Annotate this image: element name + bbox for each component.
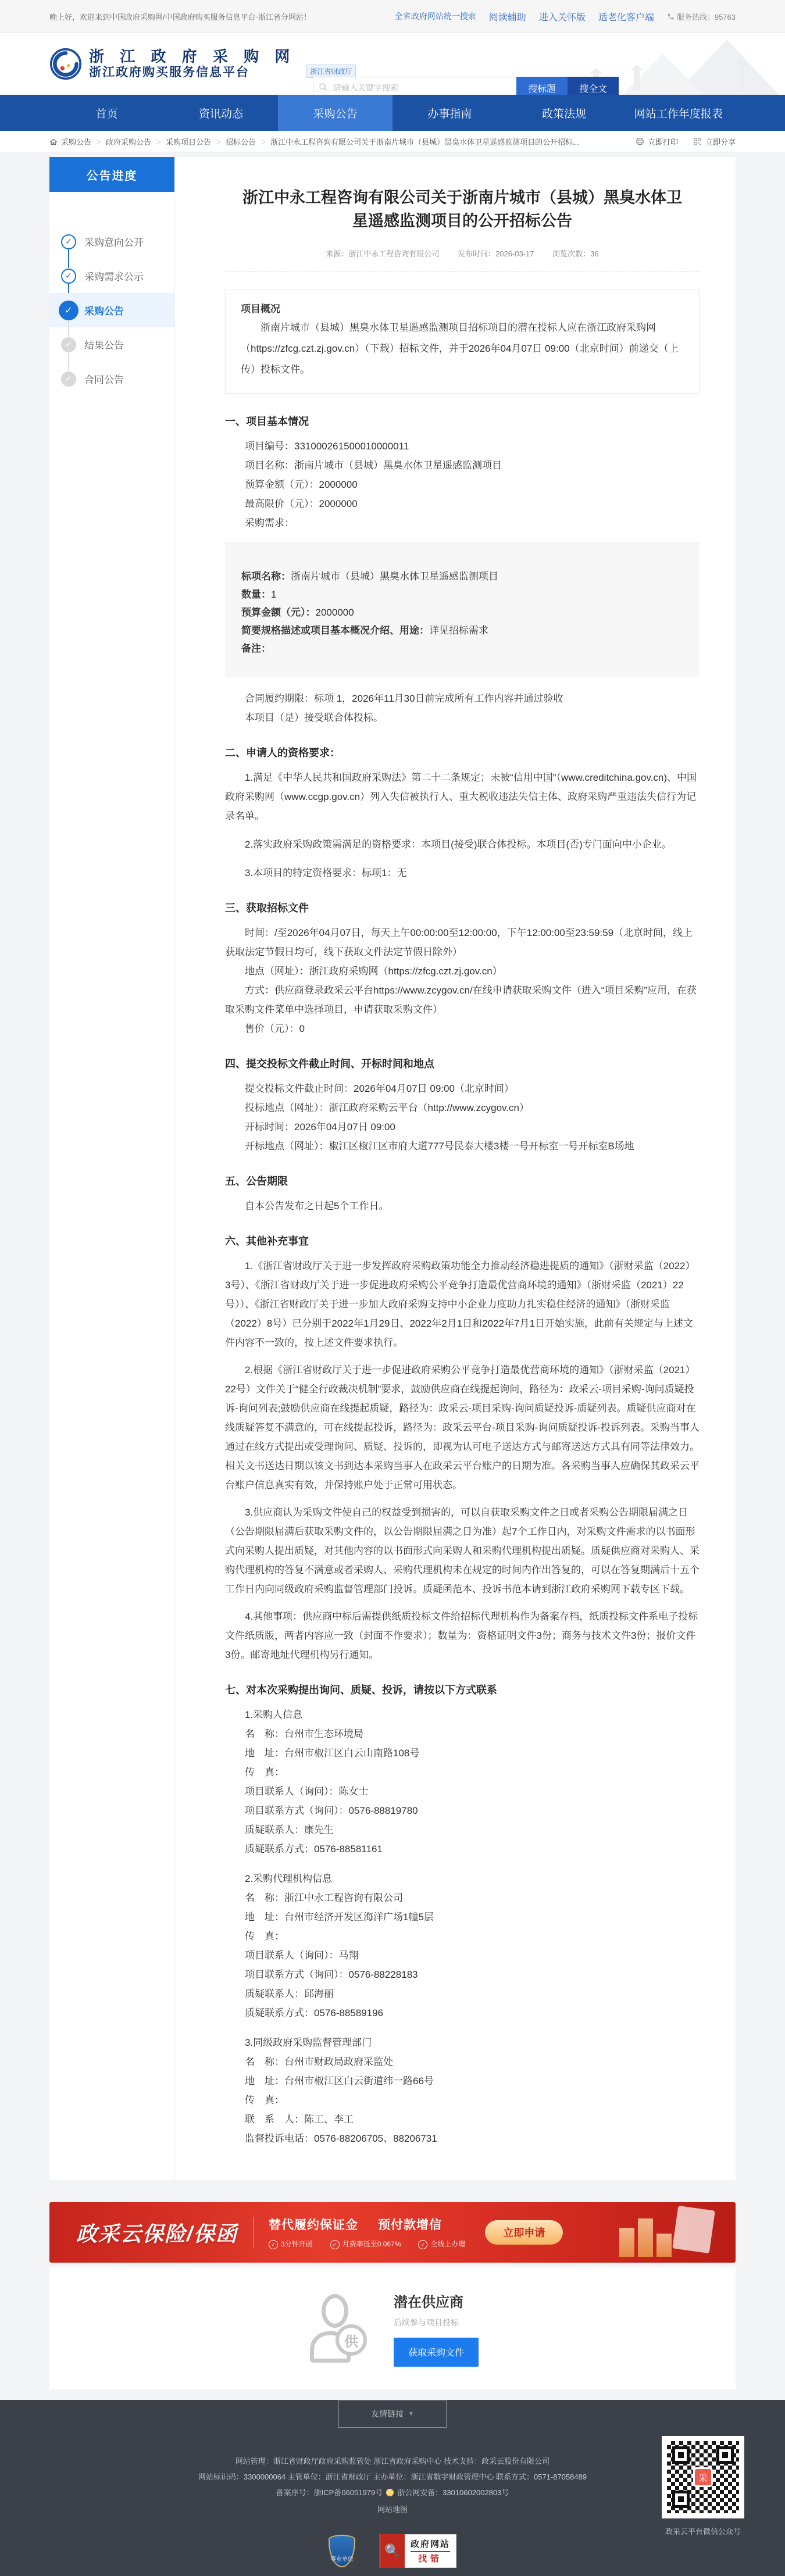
supplier-person-icon: 供: [306, 2294, 367, 2363]
body-line: 提交投标文件截止时间：2026年04月07日 09:00（北京时间）: [225, 1079, 700, 1098]
body-line: 2.根据《浙江省财政厅关于进一步促进政府采购公平竞争打造最优营商环境的通知》（浙…: [225, 1360, 700, 1495]
banner-feature-0: 3分钟开函: [269, 2239, 313, 2249]
body-line: 项目联系人（询问）：陈女士: [225, 1782, 700, 1801]
supplier-title: 潜在供应商: [394, 2291, 479, 2311]
bid-item-line: 标项名称：浙南片城市（县城）黑臭水体卫星遥感监测项目: [241, 567, 683, 585]
announcement-progress-sidebar: 公告进度 ✓采购意向公开✓采购需求公示✓采购公告✓结果公告✓合同公告: [49, 157, 175, 2180]
spacer: [225, 2023, 700, 2033]
body-line: 质疑联系人：康先生: [225, 1820, 700, 1839]
care-version-link[interactable]: 进入关怀版: [539, 10, 586, 23]
body-line: 方式：供应商登录政采云平台https://www.zcygov.cn/在线申请获…: [225, 981, 700, 1019]
article-source: 来源：浙江中永工程咨询有限公司: [326, 249, 439, 258]
section-heading: 五、公告期限: [225, 1173, 700, 1188]
body-line: 最高限价（元）：2000000: [225, 494, 700, 513]
section-heading: 一、项目基本情况: [225, 413, 700, 428]
qr-caption: 政采云平台微信公众号: [661, 2525, 745, 2536]
divider: [225, 271, 700, 272]
article-views: 浏览次数：36: [552, 249, 598, 258]
magnifier-icon: 🔍: [380, 2534, 405, 2568]
body-line: 合同履约期限：标项 1，2026年11月30日前完成所有工作内容并通过验收: [225, 689, 700, 708]
site-name: 浙 江 政 府 采 购 网: [89, 48, 295, 65]
banner-illustration: [608, 2208, 718, 2257]
site-header: 浙 江 政 府 采 购 网 浙江政府购买服务信息平台 浙江省财政厅 搜标题 搜全…: [0, 33, 785, 95]
body-line: 本项目（是）接受联合体投标。: [225, 708, 700, 727]
breadcrumb-separator: ＞: [260, 137, 266, 147]
body-line: 3.同级政府采购监督管理部门: [225, 2033, 700, 2052]
body-line: 4.其他事项：供应商中标后需提供纸质投标文件给招标代理机构作为备案存档，纸质投标…: [225, 1607, 700, 1664]
body-line: 地点（网址）：浙江政府采购网（https://zfcg.czt.zj.gov.c…: [225, 962, 700, 981]
sidebar-step-4[interactable]: ✓合同公告: [49, 362, 174, 396]
project-overview-box: 项目概况 浙南片城市（县城）黑臭水体卫星遥感监测项目招标项目的潜在投标人应在浙江…: [225, 290, 700, 394]
reading-aid-link[interactable]: 阅读辅助: [489, 10, 526, 23]
nav-item-0[interactable]: 首页: [49, 95, 164, 131]
overview-text: 浙南片城市（县城）黑臭水体卫星遥感监测项目招标项目的潜在投标人应在浙江政府采购网…: [241, 317, 684, 380]
spacer: [225, 1352, 700, 1360]
breadcrumb-separator: ＞: [155, 137, 162, 147]
body-line: 投标地点（网址）：浙江政府采购云平台（http://www.zcygov.cn）: [225, 1098, 700, 1117]
body-line: 1.满足《中华人民共和国政府采购法》第二十二条规定；未被“信用中国”（www.c…: [225, 768, 700, 826]
body-line: 质疑联系人：邱海丽: [225, 1984, 700, 2003]
nav-item-4[interactable]: 政策法规: [507, 95, 622, 131]
body-line: 名 称：台州市财政局政府采监处: [225, 2052, 700, 2071]
banner-feature-2: 全线上办理: [418, 2239, 465, 2249]
spacer: [225, 854, 700, 863]
institution-badge[interactable]: 事业单位: [329, 2535, 355, 2567]
breadcrumb-item-3[interactable]: 招标公告: [226, 136, 256, 147]
step-check-icon: ✓: [61, 371, 76, 387]
sidebar-title: 公告进度: [49, 157, 174, 192]
supplier-subtitle: 后续参与项目投标: [394, 2317, 479, 2328]
body-line: 监督投诉电话：0576-88206705、88206731: [225, 2129, 700, 2148]
hotline: 服务热线：95763: [667, 11, 736, 22]
finance-dept-badge: 浙江省财政厅: [306, 65, 356, 78]
step-check-icon: ✓: [61, 337, 76, 352]
breadcrumb: 采购公告＞政府采购公告＞采购项目公告＞招标公告＞浙江中永工程咨询有限公司关于浙南…: [49, 136, 620, 147]
wechat-qr-block: 采 政采云平台微信公众号: [661, 2436, 745, 2536]
potential-supplier-card: 供 潜在供应商 后续参与项目投标 获取采购文件: [49, 2267, 736, 2389]
body-line: 1.采购人信息: [225, 1705, 700, 1724]
banner-features: 3分钟开函月费率低至0.067%全线上办理: [269, 2239, 465, 2249]
spacer: [225, 1599, 700, 1607]
search-bar: 搜标题 搜全文: [313, 77, 619, 95]
print-button[interactable]: 立即打印: [636, 136, 678, 147]
qr-share-icon: [693, 137, 702, 146]
sidebar-step-0[interactable]: ✓采购意向公开: [49, 224, 174, 259]
section-heading: 六、其他补充事宜: [225, 1233, 700, 1248]
elderly-client-link[interactable]: 适老化客户端: [598, 10, 654, 23]
body-line: 项目名称：浙南片城市（县城）黑臭水体卫星遥感监测项目: [225, 456, 700, 475]
share-button[interactable]: 立即分享: [693, 136, 736, 147]
step-check-icon: ✓: [61, 269, 76, 284]
search-icon: [319, 83, 328, 92]
unified-search-link[interactable]: 全省政府网站统一搜索: [395, 10, 476, 22]
nav-item-3[interactable]: 办事指南: [392, 95, 507, 131]
main-nav: 首页资讯动态采购公告办事指南政策法规网站工作年度报表: [0, 95, 785, 131]
body-line: 项目联系方式（询问）：0576-88228183: [225, 1965, 700, 1984]
body-line: 地 址：台州市椒江区白云山南路108号: [225, 1743, 700, 1763]
body-line: 名 称：台州市生态环境局: [225, 1724, 700, 1743]
body-line: 地 址：台州市椒江区白云街道纬一路66号: [225, 2071, 700, 2091]
step-label: 结果公告: [84, 337, 124, 352]
breadcrumb-item-2[interactable]: 采购项目公告: [166, 136, 211, 147]
banner-feature-1: 月费率低至0.067%: [330, 2239, 401, 2249]
step-label: 采购公告: [84, 303, 124, 317]
article-meta: 来源：浙江中永工程咨询有限公司 发布时间：2026-03-17 浏览次数：36: [225, 248, 700, 259]
spacer: [225, 2148, 700, 2180]
step-label: 采购需求公示: [84, 269, 144, 283]
site-emblem-icon: [49, 48, 82, 80]
body-line: 采购需求：: [225, 513, 700, 533]
gov-site-error-report-badge[interactable]: 🔍 政府网站 找错: [380, 2534, 456, 2568]
breadcrumb-separator: ＞: [215, 137, 222, 147]
bid-item-box: 标项名称：浙南片城市（县城）黑臭水体卫星遥感监测项目数量：1预算金额（元）：20…: [225, 542, 700, 677]
body-line: 联 系 人：陈工、李工: [225, 2110, 700, 2129]
nav-item-2[interactable]: 采购公告: [278, 95, 392, 131]
site-footer: 友情链接 ▼ 网站管理：浙江省财政厅政府采购监管处 浙江省政府采购中心 技术支持…: [0, 2400, 785, 2576]
chevron-down-icon: ▼: [408, 2411, 414, 2417]
greeting-text: 晚上好，欢迎来到中国政府采购网/中国政府购买服务信息平台·浙江省分网站！: [49, 11, 311, 22]
spacer: [225, 1495, 700, 1503]
body-line: 项目编号：331000261500010000011: [225, 437, 700, 456]
phone-icon: [667, 13, 675, 20]
body-line: 3.供应商认为采购文件使自己的权益受到损害的，可以自获取采购文件之日或者采购公告…: [225, 1503, 700, 1599]
breadcrumb-separator: ＞: [95, 137, 102, 147]
supplier-badge-icon: 供: [336, 2324, 367, 2356]
overview-title: 项目概况: [241, 301, 684, 315]
body-line: 开标地点（网址）：椒江区椒江区市府大道777号民泰大楼3楼一号开标室一号开标室B…: [225, 1137, 700, 1156]
spacer: [225, 826, 700, 835]
banner-title: 政采云保险/保函: [76, 2218, 238, 2248]
bid-item-line: 数量：1: [241, 585, 683, 603]
printer-icon: [636, 137, 644, 146]
body-line: 传 真：: [225, 1927, 700, 1946]
body-line: 预算金额（元）：2000000: [225, 475, 700, 494]
breadcrumb-item-0[interactable]: 采购公告: [61, 136, 91, 147]
breadcrumb-bar: 采购公告＞政府采购公告＞采购项目公告＞招标公告＞浙江中永工程咨询有限公司关于浙南…: [0, 131, 785, 152]
sidebar-step-2[interactable]: ✓采购公告: [49, 293, 174, 327]
zcy-insurance-banner[interactable]: 政采云保险/保函 替代履约保证金预付款增信 3分钟开函月费率低至0.067%全线…: [49, 2202, 736, 2263]
body-line: 自本公告发布之日起5个工作日。: [225, 1196, 700, 1216]
step-check-icon: ✓: [61, 234, 76, 249]
step-label: 合同公告: [84, 371, 124, 386]
friendly-links-select[interactable]: 友情链接 ▼: [338, 2400, 447, 2428]
banner-slogan: 替代履约保证金预付款增信: [269, 2216, 465, 2233]
body-line: 项目联系方式（询问）：0576-88819780: [225, 1801, 700, 1820]
body-line: 2.采购代理机构信息: [225, 1869, 700, 1888]
search-input[interactable]: [313, 77, 516, 95]
sidebar-step-3[interactable]: ✓结果公告: [49, 327, 174, 362]
banner-divider: [253, 2217, 254, 2248]
section-heading: 二、申请人的资格要求：: [225, 745, 700, 760]
police-badge-icon: [386, 2489, 394, 2496]
article-body: 一、项目基本情况项目编号：331000261500010000011项目名称：浙…: [225, 413, 700, 2180]
spacer: [225, 1859, 700, 1869]
site-subname: 浙江政府购买服务信息平台: [89, 65, 295, 80]
search-title-button[interactable]: 搜标题: [516, 77, 568, 95]
get-procurement-docs-button[interactable]: 获取采购文件: [394, 2338, 479, 2367]
nav-item-5[interactable]: 网站工作年度报表: [621, 95, 736, 131]
home-icon: [49, 138, 58, 146]
bid-item-line: 预算金额（元）：2000000: [241, 603, 683, 621]
body-line: 传 真：: [225, 2091, 700, 2110]
body-line: 地 址：台州市经济开发区海洋广场1幢5层: [225, 1907, 700, 1927]
breadcrumb-item-1[interactable]: 政府采购公告: [106, 136, 151, 147]
nav-item-1[interactable]: 资讯动态: [164, 95, 279, 131]
body-line: 2.落实政府采购政策需满足的资格要求：本项目(接受)联合体投标。本项目(否)专门…: [225, 835, 700, 854]
content-card: 公告进度 ✓采购意向公开✓采购需求公示✓采购公告✓结果公告✓合同公告 浙江中永工…: [49, 157, 736, 2180]
step-check-icon: ✓: [59, 301, 78, 320]
top-utility-bar: 晚上好，欢迎来到中国政府采购网/中国政府购买服务信息平台·浙江省分网站！ 全省政…: [0, 0, 785, 33]
breadcrumb-item-4[interactable]: 浙江中永工程咨询有限公司关于浙南片城市（县城）黑臭水体卫星遥感监测项目的公开招标…: [270, 136, 579, 147]
body-line: 开标时间：2026年04月07日 09:00: [225, 1117, 700, 1137]
section-heading: 四、提交投标文件截止时间、开标时间和地点: [225, 1056, 700, 1071]
body-line: 传 真：: [225, 1763, 700, 1782]
bid-item-line: 简要规格描述或项目基本概况介绍、用途：详见招标需求: [241, 621, 683, 639]
body-line: 质疑联系方式：0576-88581161: [225, 1839, 700, 1859]
article: 浙江中永工程咨询有限公司关于浙南片城市（县城）黑臭水体卫星遥感监测项目的公开招标…: [175, 157, 736, 2180]
step-label: 采购意向公开: [84, 234, 144, 249]
sidebar-step-1[interactable]: ✓采购需求公示: [49, 259, 174, 293]
section-heading: 七、对本次采购提出询问、质疑、投诉，请按以下方式联系: [225, 1682, 700, 1697]
page-title: 浙江中永工程咨询有限公司关于浙南片城市（县城）黑臭水体卫星遥感监测项目的公开招标…: [225, 186, 700, 233]
qr-code: 采: [662, 2436, 744, 2518]
bid-item-line: 备注：: [241, 639, 683, 658]
body-line: 时间：/至2026年04月07日，每天上午00:00:00至12:00:00，下…: [225, 923, 700, 962]
search-fulltext-button[interactable]: 搜全文: [568, 77, 619, 95]
body-line: 质疑联系方式：0576-88589196: [225, 2003, 700, 2023]
article-publish-time: 发布时间：2026-03-17: [458, 249, 534, 258]
body-line: 3.本项目的特定资格要求：标项1：无: [225, 863, 700, 883]
site-logo[interactable]: 浙 江 政 府 采 购 网 浙江政府购买服务信息平台 浙江省财政厅: [49, 48, 356, 80]
apply-now-button[interactable]: 立即申请: [485, 2220, 563, 2245]
body-line: 1.《浙江省财政厅关于进一步发挥政府采购政策功能全力推动经济稳进提质的通知》（浙…: [225, 1256, 700, 1352]
body-line: 项目联系人（询问）：马翔: [225, 1946, 700, 1965]
body-line: 名 称：浙江中永工程咨询有限公司: [225, 1888, 700, 1907]
body-line: 售价（元）：0: [225, 1019, 700, 1038]
section-heading: 三、获取招标文件: [225, 900, 700, 915]
